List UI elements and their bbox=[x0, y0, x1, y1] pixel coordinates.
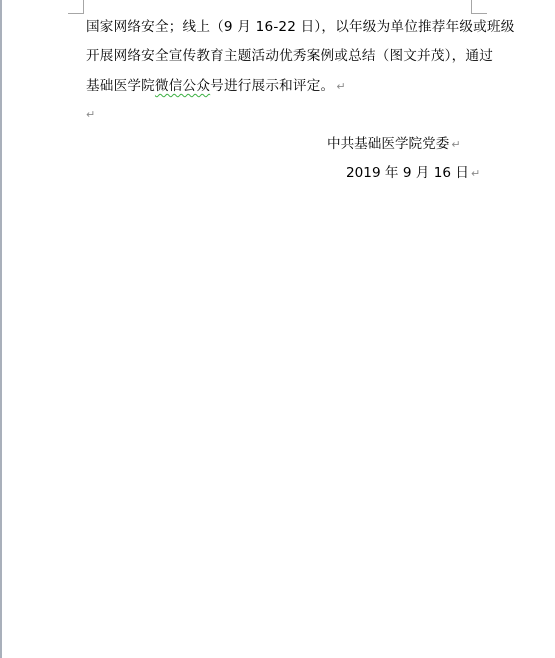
paragraph-line-3: 基础医学院微信公众号进行展示和评定。↵ bbox=[86, 78, 346, 95]
line3-text-before: 基础医学院 bbox=[86, 78, 155, 94]
margin-crop-mark-top-right bbox=[471, 0, 487, 14]
paragraph-line-1: 国家网络安全；线上（9 月 16-22 日），以年级为单位推荐年级或班级 bbox=[86, 19, 515, 35]
paragraph-mark-icon: ↵ bbox=[336, 80, 345, 93]
paragraph-line-2: 开展网络安全宣传教育主题活动优秀案例或总结（图文并茂），通过 bbox=[86, 48, 493, 64]
empty-paragraph-mark-icon: ↵ bbox=[86, 108, 95, 121]
paragraph-mark-icon: ↵ bbox=[451, 138, 460, 151]
page-left-edge bbox=[0, 0, 2, 658]
organization-text: 中共基础医学院党委 bbox=[327, 136, 449, 152]
date-text: 2019 年 9 月 16 日 bbox=[346, 165, 469, 181]
line3-text-after: 号进行展示和评定。 bbox=[210, 78, 334, 94]
signature-date: 2019 年 9 月 16 日↵ bbox=[346, 165, 480, 182]
margin-crop-mark-top-left bbox=[68, 0, 84, 14]
paragraph-mark-icon: ↵ bbox=[471, 167, 480, 180]
grammar-flagged-text[interactable]: 微信公众 bbox=[155, 78, 210, 94]
signature-organization: 中共基础医学院党委↵ bbox=[327, 136, 461, 153]
